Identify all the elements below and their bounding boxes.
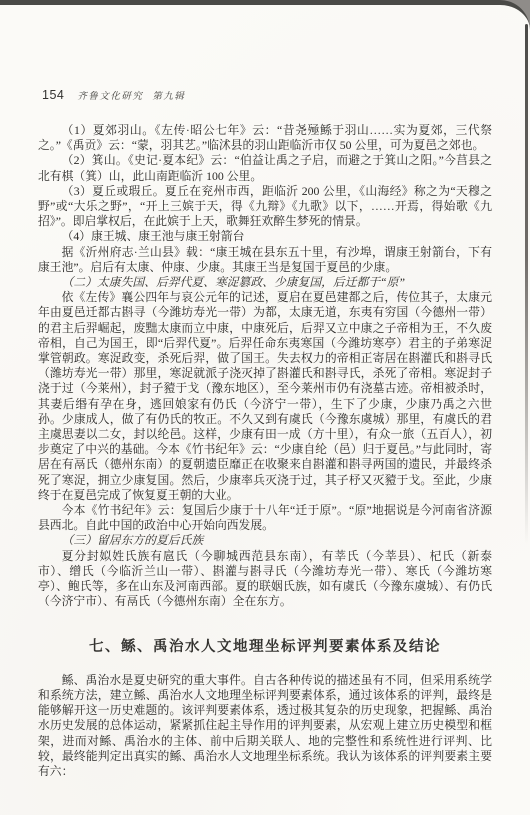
subheading-section-3: （三）留居东方的夏后氏族	[38, 533, 492, 548]
para-item-1: （1）夏郊羽山。《左传·昭公七年》云：“昔尧殛鲧于羽山……实为夏郊，三代祭之。”…	[38, 123, 492, 153]
page-number: 154	[42, 88, 64, 102]
running-head: 154 齐鲁文化研究 第九辑	[42, 88, 492, 102]
subheading-section-2: （二）太康失国、后羿代夏、寒浞篡政、少康复国，后迁都于“原”	[38, 275, 492, 290]
body-text: （1）夏郊羽山。《左传·昭公七年》云：“昔尧殛鲧于羽山……实为夏郊，三代祭之。”…	[38, 123, 492, 779]
para-move-to-yuan: 今本《竹书纪年》云：复国后少康于十八年“迁于原”。“原”地据说是今河南省济源县西…	[38, 503, 492, 533]
journal-title: 齐鲁文化研究	[77, 88, 143, 102]
para-section-7-intro: 鲧、禹治水是夏史研究的重大事件。自古各种传说的描述虽有不同，但采用系统学和系统方…	[38, 673, 492, 779]
para-item-2: （2）箕山。《史记·夏本纪》云：“伯益让禹之子启，而避之于箕山之阳。”今莒县之北…	[38, 153, 492, 183]
para-eastern-clans: 夏分封姒姓氏族有扈氏（今聊城西范县东南），有莘氏（今莘县）、杞氏（新泰市）、缯氏…	[38, 549, 492, 610]
para-taikang-shaokang: 依《左传》襄公四年与哀公元年的记述，夏启在夏邑建都之后，传位其子，太康元年由夏邑…	[38, 290, 492, 503]
para-item-4-title: （4）康王城、康王池与康王射箭台	[38, 229, 492, 244]
page-content: 154 齐鲁文化研究 第九辑 （1）夏郊羽山。《左传·昭公七年》云：“昔尧殛鲧于…	[0, 0, 530, 779]
volume-label: 第九辑	[152, 88, 185, 102]
para-kangwang-record: 据《沂州府志·兰山县》载：“康王城在县东五十里，有沙埠，谓康王射箭台，下有康王池…	[38, 245, 492, 275]
section-7-title: 七、鲧、禹治水人文地理坐标评判要素体系及结论	[38, 640, 492, 655]
scanned-page: 154 齐鲁文化研究 第九辑 （1）夏郊羽山。《左传·昭公七年》云：“昔尧殛鲧于…	[0, 0, 530, 815]
para-item-3: （3）夏丘或瑕丘。夏丘在兖州市西，距临沂 200 公里，《山海经》称之为“天穆之…	[38, 184, 492, 230]
